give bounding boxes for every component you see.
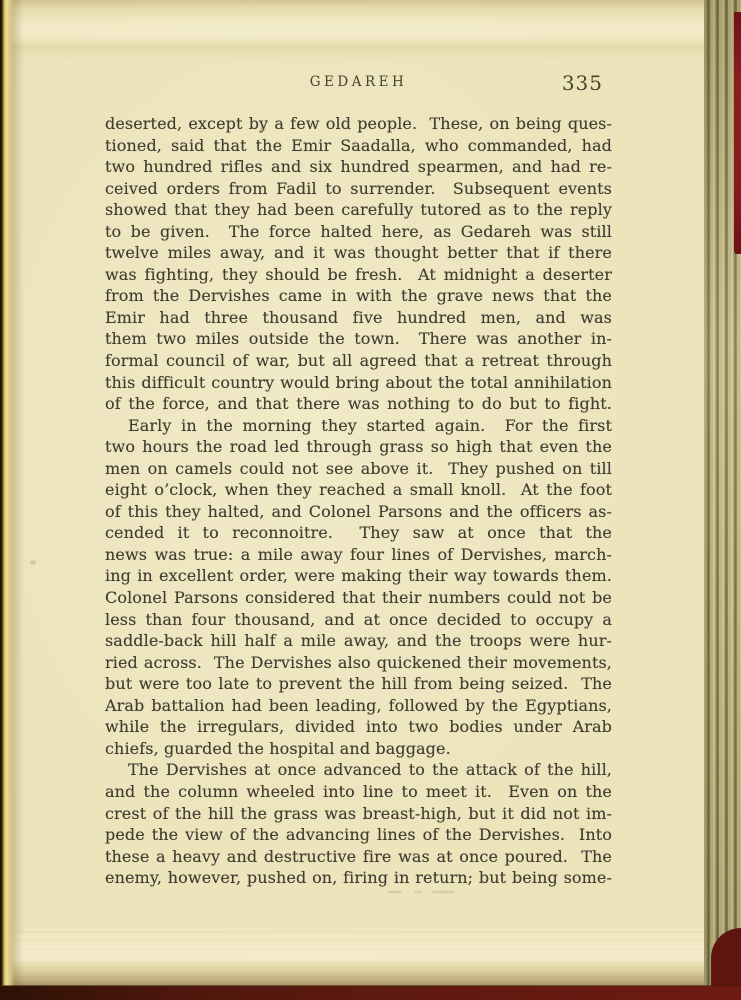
running-title: GEDAREH [105,74,612,90]
book-binding-left [0,0,24,1000]
book-scan: GEDAREH 335 deserted, except by a few ol… [0,0,741,1000]
text-line: of this they halted, and Colonel Parsons… [105,501,612,523]
text-line: eight o’clock, when they reached a small… [105,479,612,501]
text-line: two hundred rifles and six hundred spear… [105,156,612,178]
text-line: these a heavy and destructive fire was a… [105,846,612,868]
text-line: Arab battalion had been leading, followe… [105,695,612,717]
text-line: from the Dervishes came in with the grav… [105,285,612,307]
text-line: and the column wheeled into line to meet… [105,781,612,803]
text-line: enemy, however, pushed on, firing in ret… [105,867,612,889]
text-line: saddle-back hill half a mile away, and t… [105,630,612,652]
text-line: Colonel Parsons considered that their nu… [105,587,612,609]
text-line: men on camels could not see above it. Th… [105,458,612,480]
page-text: deserted, except by a few old people. Th… [105,113,612,889]
text-line: while the irregulars, divided into two b… [105,716,612,738]
text-line: to be given. The force halted here, as G… [105,221,612,243]
text-line: but were too late to prevent the hill fr… [105,673,612,695]
text-line: crest of the hill the grass was breast-h… [105,803,612,825]
running-head: GEDAREH 335 [105,71,612,95]
text-line: showed that they had been carefully tuto… [105,199,612,221]
text-line: deserted, except by a few old people. Th… [105,113,612,135]
text-line: The Dervishes at once advanced to the at… [105,759,612,781]
book-cover-red-top [734,12,741,254]
scan-artifact-smudge [388,888,466,897]
text-line: this difficult country would bring about… [105,372,612,394]
text-line: ried across. The Dervishes also quickene… [105,652,612,674]
text-line: tioned, said that the Emir Saadalla, who… [105,135,612,157]
scan-artifact-speck [30,560,36,565]
book-cover-bottom [0,986,741,1000]
text-line: Emir had three thousand five hundred men… [105,307,612,329]
text-line: was fighting, they should be fresh. At m… [105,264,612,286]
text-line: ing in excellent order, were making thei… [105,565,612,587]
text-line: Early in the morning they started again.… [105,415,612,437]
text-line: news was true: a mile away four lines of… [105,544,612,566]
text-line: less than four thousand, and at once dec… [105,609,612,631]
text-line: pede the view of the advancing lines of … [105,824,612,846]
scan-artifact-speck [260,127,265,131]
text-line: ceived orders from Fadil to surrender. S… [105,178,612,200]
page-number: 335 [562,71,603,95]
text-line: them two miles outside the town. There w… [105,328,612,350]
text-line: twelve miles away, and it was thought be… [105,242,612,264]
text-line: formal council of war, but all agreed th… [105,350,612,372]
text-line: cended it to reconnoitre. They saw at on… [105,522,612,544]
text-line: of the force, and that there was nothing… [105,393,612,415]
text-line: two hours the road led through grass so … [105,436,612,458]
text-line: chiefs, guarded the hospital and baggage… [105,738,612,760]
